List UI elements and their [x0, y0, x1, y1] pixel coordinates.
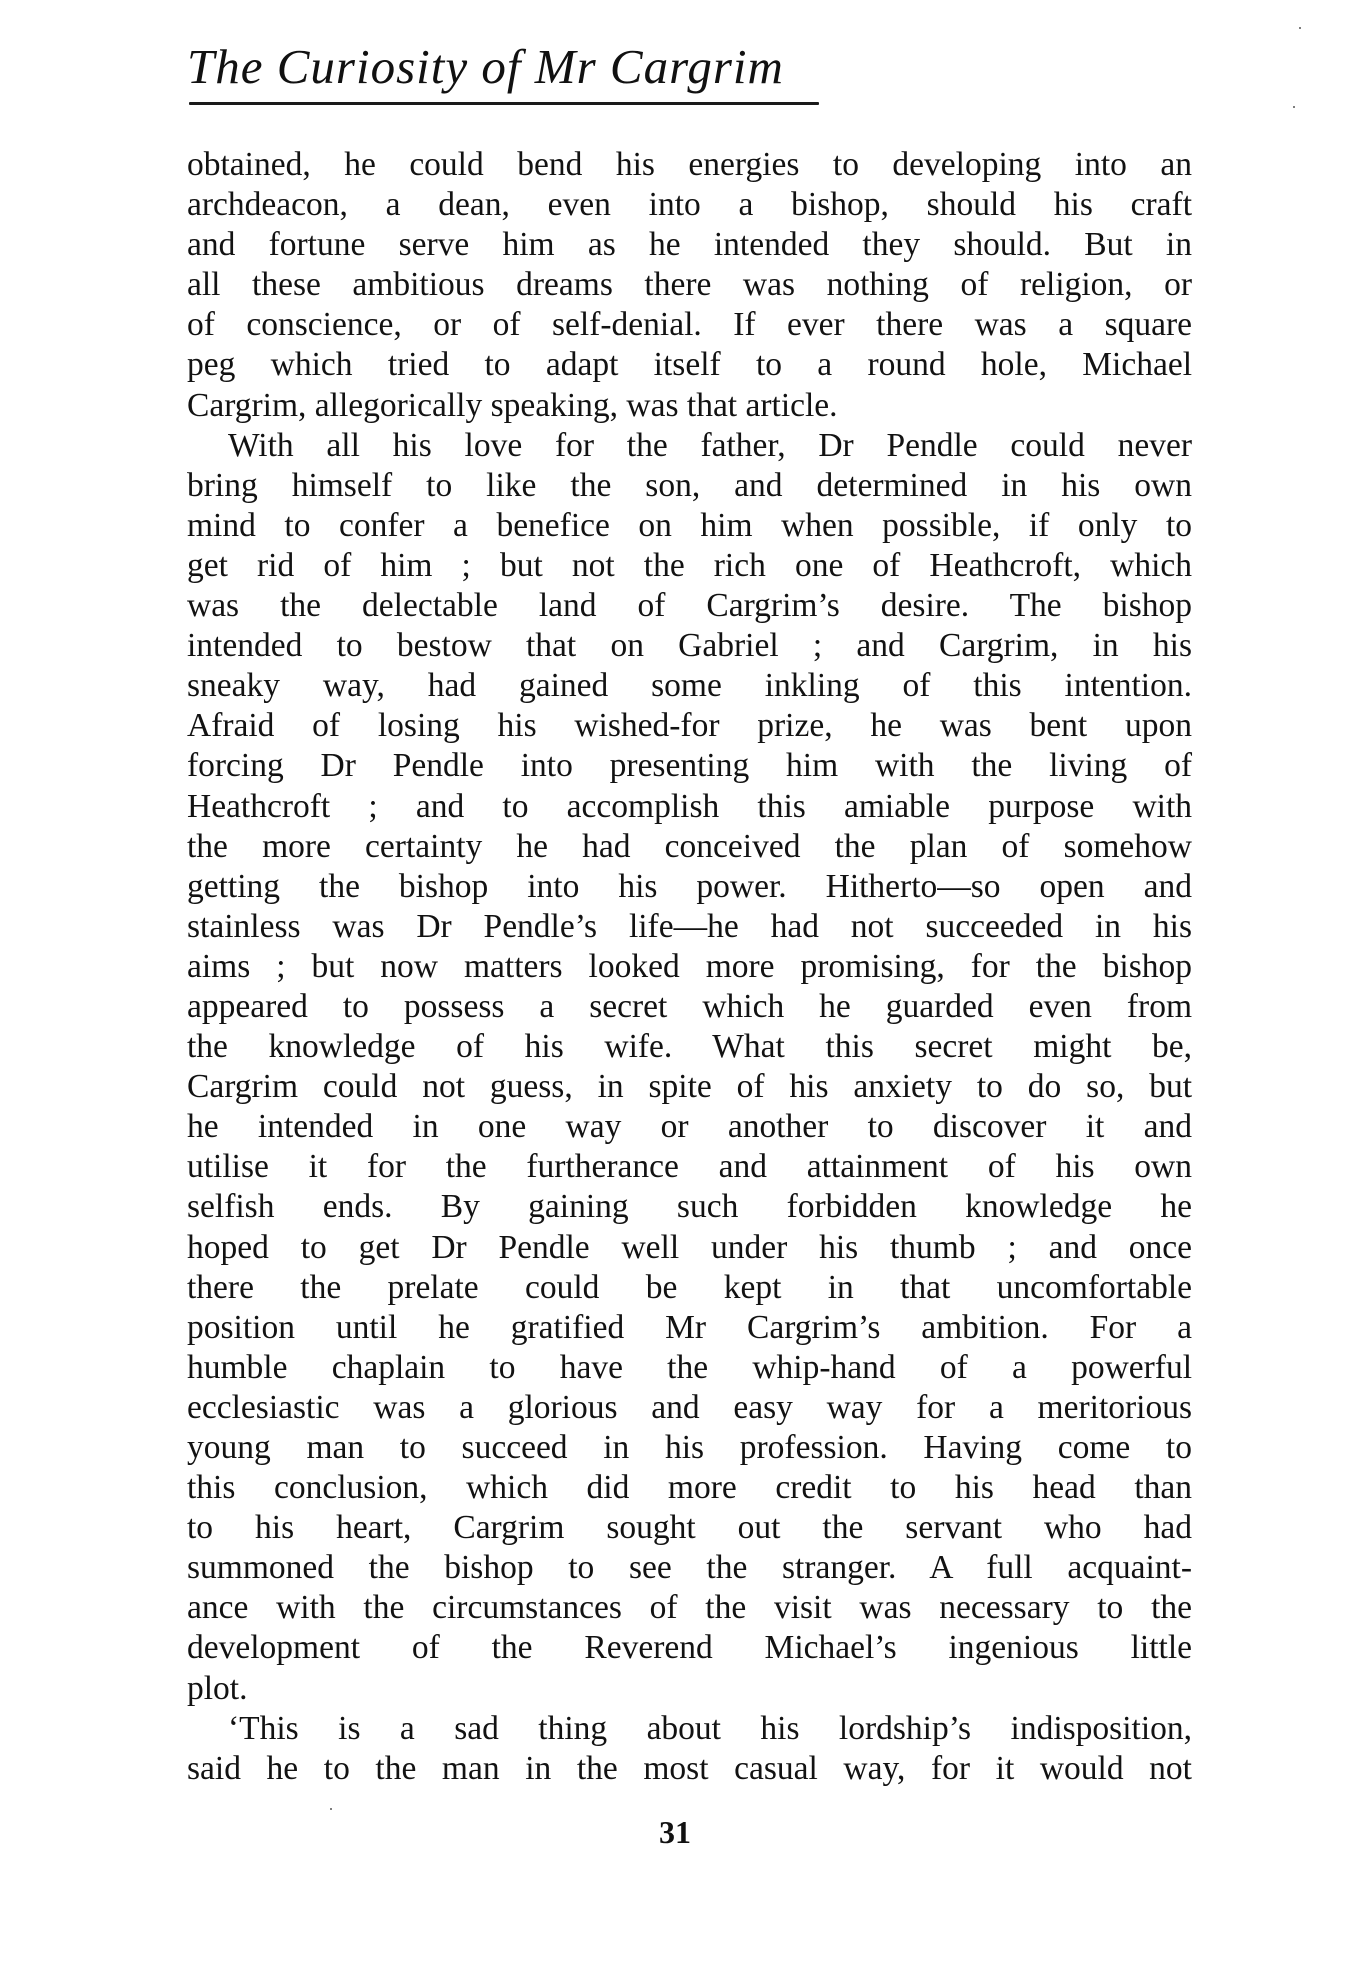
- text-line: ance with the circumstances of the visit…: [187, 1588, 1192, 1628]
- text-line: mind to confer a benefice on him when po…: [187, 506, 1192, 546]
- text-line: ‘This is a sad thing about his lordship’…: [187, 1709, 1192, 1749]
- page-number: 31: [640, 1812, 710, 1852]
- text-line: forcing Dr Pendle into presenting him wi…: [187, 746, 1192, 786]
- text-line: of conscience, or of self-denial. If eve…: [187, 305, 1192, 345]
- text-line: said he to the man in the most casual wa…: [187, 1749, 1192, 1789]
- text-line: he intended in one way or another to dis…: [187, 1107, 1192, 1147]
- text-line: aims ; but now matters looked more promi…: [187, 947, 1192, 987]
- text-line: Cargrim, allegorically speaking, was tha…: [187, 386, 1192, 426]
- text-line: get rid of him ; but not the rich one of…: [187, 546, 1192, 586]
- text-line: peg which tried to adapt itself to a rou…: [187, 345, 1192, 385]
- text-line: the knowledge of his wife. What this sec…: [187, 1027, 1192, 1067]
- text-line: the more certainty he had conceived the …: [187, 827, 1192, 867]
- text-line: position until he gratified Mr Cargrim’s…: [187, 1308, 1192, 1348]
- text-line: there the prelate could be kept in that …: [187, 1268, 1192, 1308]
- text-line: selfish ends. By gaining such forbidden …: [187, 1187, 1192, 1227]
- text-line: appeared to possess a secret which he gu…: [187, 987, 1192, 1027]
- text-line: Cargrim could not guess, in spite of his…: [187, 1067, 1192, 1107]
- body-text: obtained, he could bend his energies to …: [187, 145, 1192, 1789]
- text-line: plot.: [187, 1669, 1192, 1709]
- text-line: and fortune serve him as he intended the…: [187, 225, 1192, 265]
- text-line: to his heart, Cargrim sought out the ser…: [187, 1508, 1192, 1548]
- text-line: sneaky way, had gained some inkling of t…: [187, 666, 1192, 706]
- text-line: Heathcroft ; and to accomplish this amia…: [187, 787, 1192, 827]
- text-line: archdeacon, a dean, even into a bishop, …: [187, 185, 1192, 225]
- scan-speck: [330, 1808, 332, 1810]
- text-line: intended to bestow that on Gabriel ; and…: [187, 626, 1192, 666]
- text-line: was the delectable land of Cargrim’s des…: [187, 586, 1192, 626]
- running-head: The Curiosity of Mr Cargrim: [187, 36, 819, 106]
- text-line: getting the bishop into his power. Hithe…: [187, 867, 1192, 907]
- text-line: obtained, he could bend his energies to …: [187, 145, 1192, 185]
- text-line: this conclusion, which did more credit t…: [187, 1468, 1192, 1508]
- text-line: summoned the bishop to see the stranger.…: [187, 1548, 1192, 1588]
- text-line: With all his love for the father, Dr Pen…: [187, 426, 1192, 466]
- text-line: stainless was Dr Pendle’s life—he had no…: [187, 907, 1192, 947]
- text-line: all these ambitious dreams there was not…: [187, 265, 1192, 305]
- text-line: Afraid of losing his wished-for prize, h…: [187, 706, 1192, 746]
- text-line: utilise it for the furtherance and attai…: [187, 1147, 1192, 1187]
- text-line: humble chaplain to have the whip-hand of…: [187, 1348, 1192, 1388]
- text-line: bring himself to like the son, and deter…: [187, 466, 1192, 506]
- running-head-title: The Curiosity of Mr Cargrim: [187, 36, 784, 98]
- text-line: hoped to get Dr Pendle well under his th…: [187, 1228, 1192, 1268]
- text-line: young man to succeed in his profession. …: [187, 1428, 1192, 1468]
- text-line: ecclesiastic was a glorious and easy way…: [187, 1388, 1192, 1428]
- scan-speck: [1299, 27, 1301, 29]
- header-rule: [189, 102, 819, 105]
- scan-speck: [1293, 106, 1295, 108]
- text-line: development of the Reverend Michael’s in…: [187, 1628, 1192, 1668]
